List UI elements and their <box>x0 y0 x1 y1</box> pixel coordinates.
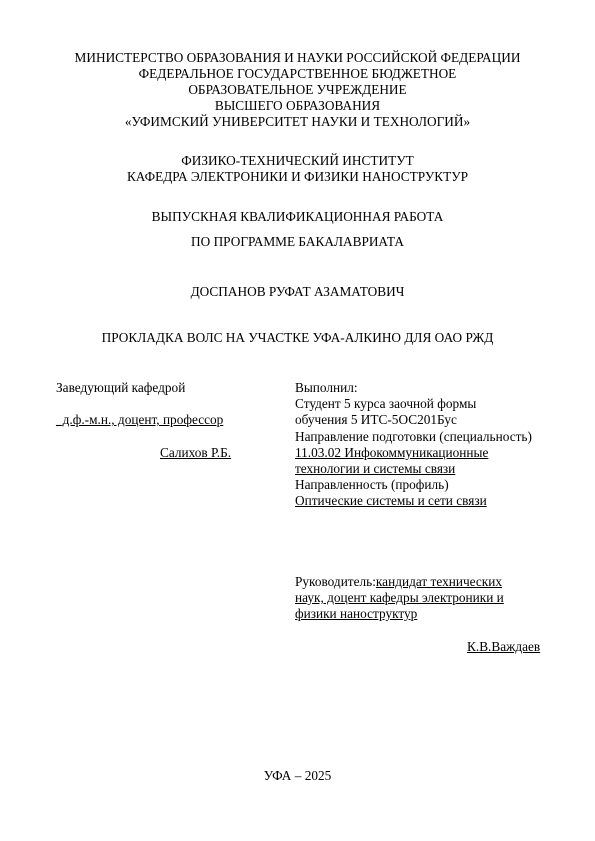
profile-value: Оптические системы и сети связи <box>295 493 487 509</box>
direction-label: Направление подготовки (специальность) <box>295 429 532 445</box>
header-line: МИНИСТЕРСТВО ОБРАЗОВАНИЯ И НАУКИ РОССИЙС… <box>0 50 595 66</box>
direction-value-1: 11.03.02 Инфокоммуникационные <box>295 445 488 461</box>
department-line: КАФЕДРА ЭЛЕКТРОНИКИ И ФИЗИКИ НАНОСТРУКТУ… <box>0 169 595 185</box>
student-line2: обучения 5 ИТС-5ОС201Бус <box>295 412 457 428</box>
head-of-dept-name: Салихов Р.Б. <box>160 445 231 461</box>
supervisor-value-3: физики наноструктур <box>295 606 417 622</box>
profile-label: Направленность (профиль) <box>295 477 449 493</box>
work-type-line2: ПО ПРОГРАММЕ БАКАЛАВРИАТА <box>0 234 595 250</box>
supervisor-value-2: наук, доцент кафедры электроники и <box>295 590 504 606</box>
student-label: Выполнил: <box>295 380 358 396</box>
header-line: ОБРАЗОВАТЕЛЬНОЕ УЧРЕЖДЕНИЕ <box>0 82 595 98</box>
supervisor-value-1: кандидат технических <box>376 574 502 589</box>
institute-line: ФИЗИКО-ТЕХНИЧЕСКИЙ ИНСТИТУТ <box>0 153 595 169</box>
supervisor-label: Руководитель: <box>295 574 376 589</box>
supervisor-line1: Руководитель:кандидат технических <box>295 574 502 590</box>
head-of-dept-degree: _д.ф.-м.н., доцент, профессор <box>56 412 223 428</box>
work-type-line1: ВЫПУСКНАЯ КВАЛИФИКАЦИОННАЯ РАБОТА <box>0 209 595 225</box>
ministry-header: МИНИСТЕРСТВО ОБРАЗОВАНИЯ И НАУКИ РОССИЙС… <box>0 50 595 130</box>
institute-block: ФИЗИКО-ТЕХНИЧЕСКИЙ ИНСТИТУТ КАФЕДРА ЭЛЕК… <box>0 153 595 185</box>
author-name: ДОСПАНОВ РУФАТ АЗАМАТОВИЧ <box>0 284 595 300</box>
head-of-dept-label: Заведующий кафедрой <box>56 380 185 396</box>
direction-value-2: технологии и системы связи <box>295 461 455 477</box>
supervisor-name: К.В.Важдаев <box>467 639 540 655</box>
thesis-title: ПРОКЛАДКА ВОЛС НА УЧАСТКЕ УФА-АЛКИНО ДЛЯ… <box>0 330 595 346</box>
student-line1: Студент 5 курса заочной формы <box>295 396 476 412</box>
header-line: ВЫСШЕГО ОБРАЗОВАНИЯ <box>0 98 595 114</box>
header-line: «УФИМСКИЙ УНИВЕРСИТЕТ НАУКИ И ТЕХНОЛОГИЙ… <box>0 114 595 130</box>
header-line: ФЕДЕРАЛЬНОЕ ГОСУДАРСТВЕННОЕ БЮДЖЕТНОЕ <box>0 66 595 82</box>
city-year: УФА – 2025 <box>0 768 595 784</box>
